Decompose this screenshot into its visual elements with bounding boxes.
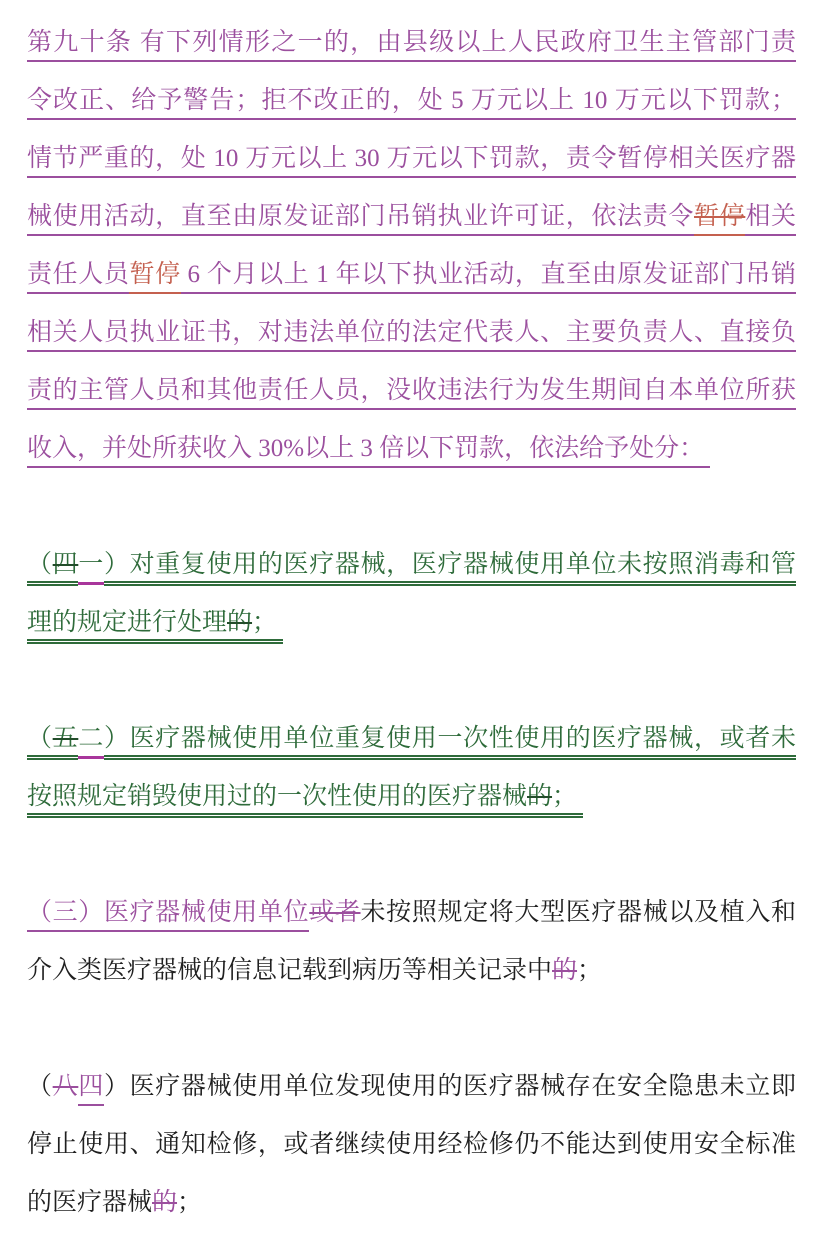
text-run-ins-green: 二 [78,725,104,759]
paragraph-item-4: （八四）医疗器械使用单位发现使用的医疗器械存在安全隐患未立即停止使用、通知检修，… [27,1058,796,1232]
text-run-plain: ）医疗器械使用单位发现使用的医疗器械存在安全隐患未立即 [104,1073,796,1100]
text-run-plain: （ [27,1073,53,1100]
text-run-ins-purple: 责任人员 [27,261,129,294]
paragraph-article-90-lead: 第九十条 有下列情形之一的，由县级以上人民政府卫生主管部门责令改正、给予警告；拒… [27,14,796,478]
text-run-ins-purple: 责的主管人员和其他责任人员，没收违法行为发生期间自本单位所获 [27,377,796,410]
text-run-ins-purple: （三）医疗器械使用单位 [27,899,309,932]
text-run-ins-purple: 相关 [745,203,796,236]
text-run-del-green: 五 [53,725,79,760]
text-run-ins-purple: 械使用活动，直至由原发证部门吊销执业许可证，依法责令 [27,203,694,236]
text-line: 第九十条 有下列情形之一的，由县级以上人民政府卫生主管部门责 [27,14,796,72]
text-line: 的医疗器械的； [27,1174,796,1232]
text-run-ins-green: 一 [78,551,104,585]
text-run-plain: ； [577,957,602,984]
text-run-del-green: 的 [527,783,552,818]
text-line: 情节严重的，处 10 万元以上 30 万元以下罚款，责令暂停相关医疗器 [27,130,796,188]
text-run-plain: 介入类医疗器械的信息记载到病历等相关记录中 [27,957,552,984]
text-run-ins-purple: 相关人员执业证书，对违法单位的法定代表人、主要负责人、直接负 [27,319,796,352]
text-line: （八四）医疗器械使用单位发现使用的医疗器械存在安全隐患未立即 [27,1058,796,1116]
text-run-mov-green: 理的规定进行处理 [27,609,227,644]
text-run-del-purple: 的 [152,1189,177,1216]
text-line: （三）医疗器械使用单位或者未按照规定将大型医疗器械以及植入和 [27,884,796,942]
text-line: 相关人员执业证书，对违法单位的法定代表人、主要负责人、直接负 [27,304,796,362]
text-run-mov-green [277,609,283,644]
text-line: 责任人员暂停 6 个月以上 1 年以下执业活动，直至由原发证部门吊销 [27,246,796,304]
text-run-del-purple: 或者 [309,899,360,926]
document-page: 第九十条 有下列情形之一的，由县级以上人民政府卫生主管部门责令改正、给予警告；拒… [0,0,823,1233]
text-run-mov-green: ； [252,609,277,644]
text-line: 令改正、给予警告；拒不改正的，处 5 万元以上 10 万元以下罚款； [27,72,796,130]
text-line: 介入类医疗器械的信息记载到病历等相关记录中的； [27,942,796,1000]
text-line: 停止使用、通知检修，或者继续使用经检修仍不能达到使用安全标准 [27,1116,796,1174]
text-run-ins-purple: 6 个月以上 1 年以下执业活动，直至由原发证部门吊销 [181,261,796,294]
text-run-ins-purple [704,435,710,468]
text-run-del-purple: 八 [53,1073,79,1100]
paragraph-item-1-moved: （四一）对重复使用的医疗器械，医疗器械使用单位未按照消毒和管理的规定进行处理的； [27,536,796,652]
text-line: 按照规定销毁使用过的一次性使用的医疗器械的； [27,768,796,826]
text-run-ins-purple: 第九十条 有下列情形之一的，由县级以上人民政府卫生主管部门责 [27,29,796,62]
text-run-del-red: 暂停 [694,203,745,236]
text-run-plain: ； [177,1189,202,1216]
text-line: （四一）对重复使用的医疗器械，医疗器械使用单位未按照消毒和管 [27,536,796,594]
text-run-del-green: 四 [53,551,79,586]
text-run-mov-green: （ [27,551,53,586]
text-run-mov-green: 按照规定销毁使用过的一次性使用的医疗器械 [27,783,527,818]
text-run-del-purple: 的 [552,957,577,984]
text-run-ins-purple: 收入，并处所获收入 30%以上 3 倍以下罚款，依法给予处分： [27,435,704,468]
text-run-ins-purple: 令改正、给予警告；拒不改正的，处 5 万元以上 10 万元以下罚款； [27,87,796,120]
text-run-mov-green: ）对重复使用的医疗器械，医疗器械使用单位未按照消毒和管 [104,551,796,586]
text-run-mov-green [577,783,583,818]
text-line: 责的主管人员和其他责任人员，没收违法行为发生期间自本单位所获 [27,362,796,420]
text-run-mov-green: ； [552,783,577,818]
text-line: 理的规定进行处理的； [27,594,796,652]
paragraph-item-2-moved: （五二）医疗器械使用单位重复使用一次性使用的医疗器械，或者未按照规定销毁使用过的… [27,710,796,826]
text-run-ins-red: 暂停 [129,261,180,294]
text-line: 械使用活动，直至由原发证部门吊销执业许可证，依法责令暂停相关 [27,188,796,246]
text-line: （五二）医疗器械使用单位重复使用一次性使用的医疗器械，或者未 [27,710,796,768]
text-run-del-green: 的 [227,609,252,644]
text-run-ins-purple: 情节严重的，处 10 万元以上 30 万元以下罚款，责令暂停相关医疗器 [27,145,796,178]
text-run-plain: 未按照规定将大型医疗器械以及植入和 [361,899,796,926]
text-run-mov-green: ）医疗器械使用单位重复使用一次性使用的医疗器械，或者未 [104,725,796,760]
text-run-mov-green: （ [27,725,53,760]
text-run-ins-purple: 四 [78,1073,104,1106]
text-run-plain: 停止使用、通知检修，或者继续使用经检修仍不能达到使用安全标准 [27,1131,796,1158]
paragraph-item-3: （三）医疗器械使用单位或者未按照规定将大型医疗器械以及植入和介入类医疗器械的信息… [27,884,796,1000]
text-run-plain: 的医疗器械 [27,1189,152,1216]
text-line: 收入，并处所获收入 30%以上 3 倍以下罚款，依法给予处分： [27,420,796,478]
